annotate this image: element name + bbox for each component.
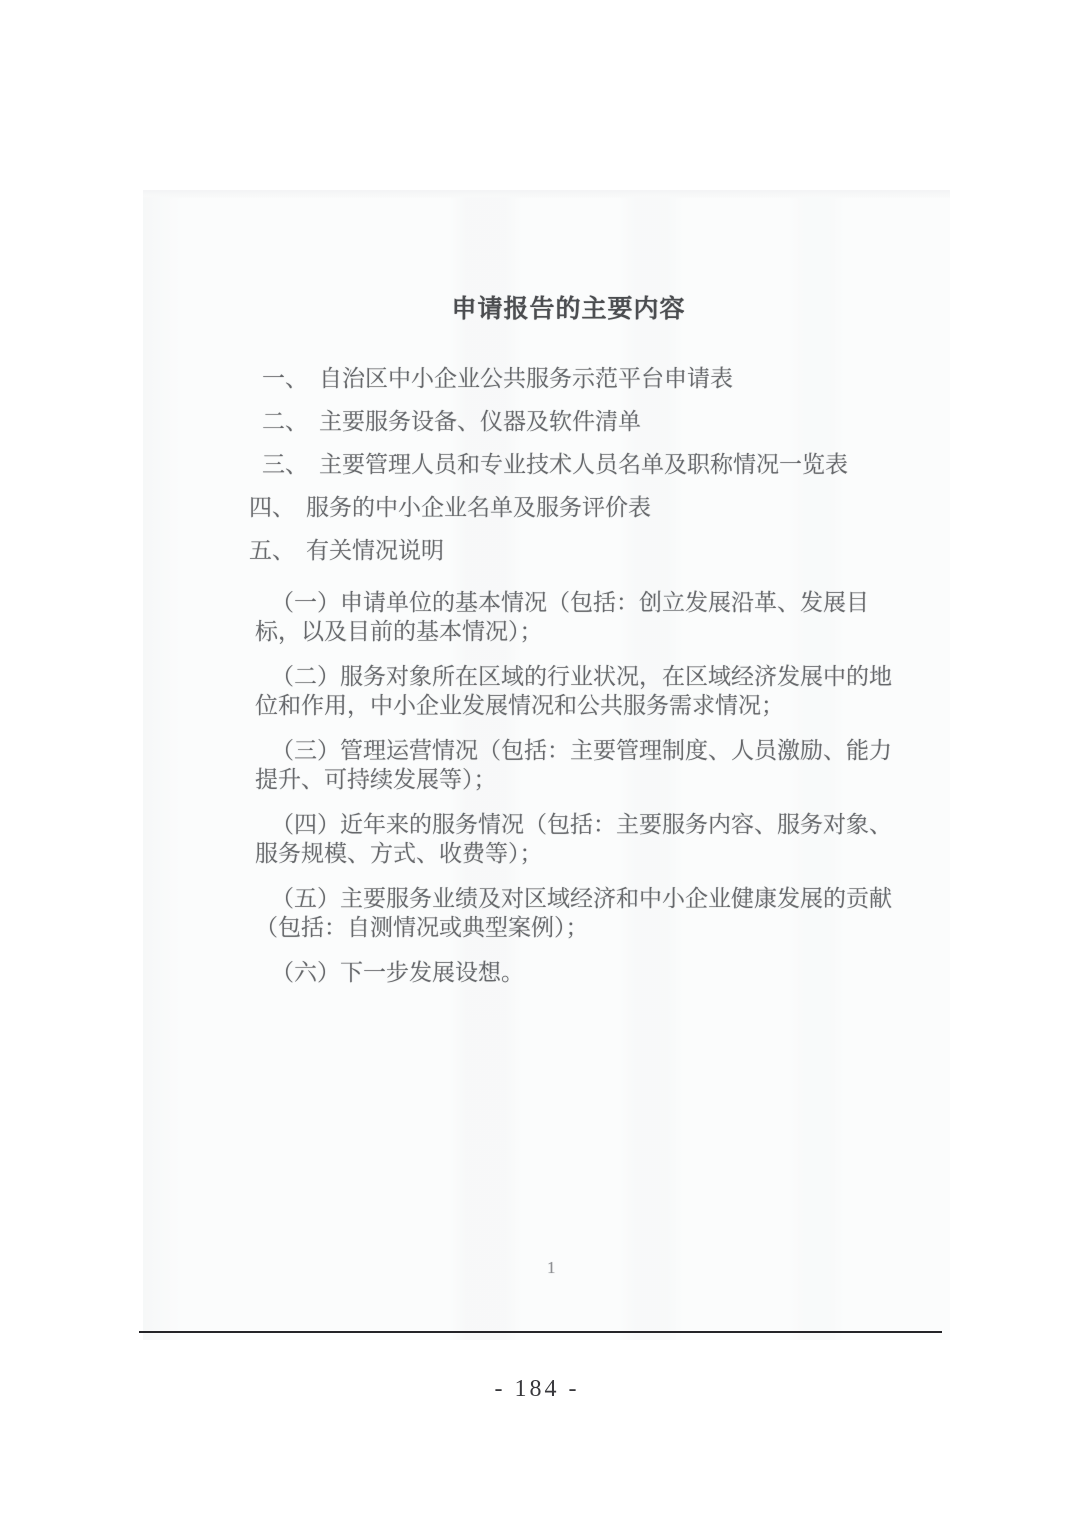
paragraph-line: （一）申请单位的基本情况（包括：创立发展沿革、发展目 xyxy=(255,588,950,617)
paragraph-4: （四）近年来的服务情况（包括：主要服务内容、服务对象、 服务规模、方式、收费等）… xyxy=(255,810,950,868)
list-item-1: 一、自治区中小企业公共服务示范平台申请表 xyxy=(255,365,950,393)
list-item-number: 三、 xyxy=(262,451,308,479)
paragraph-6: （六）下一步发展设想。 xyxy=(255,958,950,987)
page-divider-line xyxy=(139,1331,942,1333)
list-item-2: 二、主要服务设备、仪器及软件清单 xyxy=(255,408,950,436)
paragraph-line: 位和作用，中小企业发展情况和公共服务需求情况； xyxy=(255,691,950,720)
list-item-5: 五、有关情况说明 xyxy=(242,537,950,565)
list-item-3: 三、主要管理人员和专业技术人员名单及职称情况一览表 xyxy=(255,451,950,479)
list-item-number: 二、 xyxy=(262,408,308,436)
paragraph-line: （包括：自测情况或典型案例）； xyxy=(255,913,950,942)
list-item-number: 四、 xyxy=(249,494,295,522)
inner-page-number: 1 xyxy=(547,1258,556,1278)
list-item-number: 一、 xyxy=(262,365,308,393)
paragraph-3: （三）管理运营情况（包括：主要管理制度、人员激励、能力 提升、可持续发展等）； xyxy=(255,736,950,794)
paragraph-line: （五）主要服务业绩及对区域经济和中小企业健康发展的贡献 xyxy=(255,884,950,913)
paragraph-line: （六）下一步发展设想。 xyxy=(255,958,950,987)
paragraph-line: （四）近年来的服务情况（包括：主要服务内容、服务对象、 xyxy=(255,810,950,839)
document-body: 一、自治区中小企业公共服务示范平台申请表 二、主要服务设备、仪器及软件清单 三、… xyxy=(143,365,950,987)
paragraph-line: 服务规模、方式、收费等）； xyxy=(255,839,950,868)
paragraph-line: （二）服务对象所在区域的行业状况，在区域经济发展中的地 xyxy=(255,662,950,691)
footer-page-number: - 184 - xyxy=(0,1376,1074,1403)
list-item-number: 五、 xyxy=(249,537,295,565)
paragraph-1: （一）申请单位的基本情况（包括：创立发展沿革、发展目 标，以及目前的基本情况）； xyxy=(255,588,950,646)
list-item-4: 四、服务的中小企业名单及服务评价表 xyxy=(242,494,950,522)
contents-list: 一、自治区中小企业公共服务示范平台申请表 二、主要服务设备、仪器及软件清单 三、… xyxy=(255,365,950,565)
scanned-document-page: 申请报告的主要内容 一、自治区中小企业公共服务示范平台申请表 二、主要服务设备、… xyxy=(143,190,950,1340)
list-item-text: 主要服务设备、仪器及软件清单 xyxy=(319,409,641,434)
list-item-text: 有关情况说明 xyxy=(306,538,444,563)
list-item-text: 服务的中小企业名单及服务评价表 xyxy=(306,495,651,520)
list-item-text: 自治区中小企业公共服务示范平台申请表 xyxy=(319,366,733,391)
paragraph-line: 标，以及目前的基本情况）； xyxy=(255,617,950,646)
paragraph-5: （五）主要服务业绩及对区域经济和中小企业健康发展的贡献 （包括：自测情况或典型案… xyxy=(255,884,950,942)
paragraph-line: （三）管理运营情况（包括：主要管理制度、人员激励、能力 xyxy=(255,736,950,765)
scan-edge-shadow xyxy=(143,190,950,199)
paragraph-2: （二）服务对象所在区域的行业状况，在区域经济发展中的地 位和作用，中小企业发展情… xyxy=(255,662,950,720)
paragraph-line: 提升、可持续发展等）； xyxy=(255,765,950,794)
document-title: 申请报告的主要内容 xyxy=(165,293,972,327)
list-item-text: 主要管理人员和专业技术人员名单及职称情况一览表 xyxy=(319,452,848,477)
